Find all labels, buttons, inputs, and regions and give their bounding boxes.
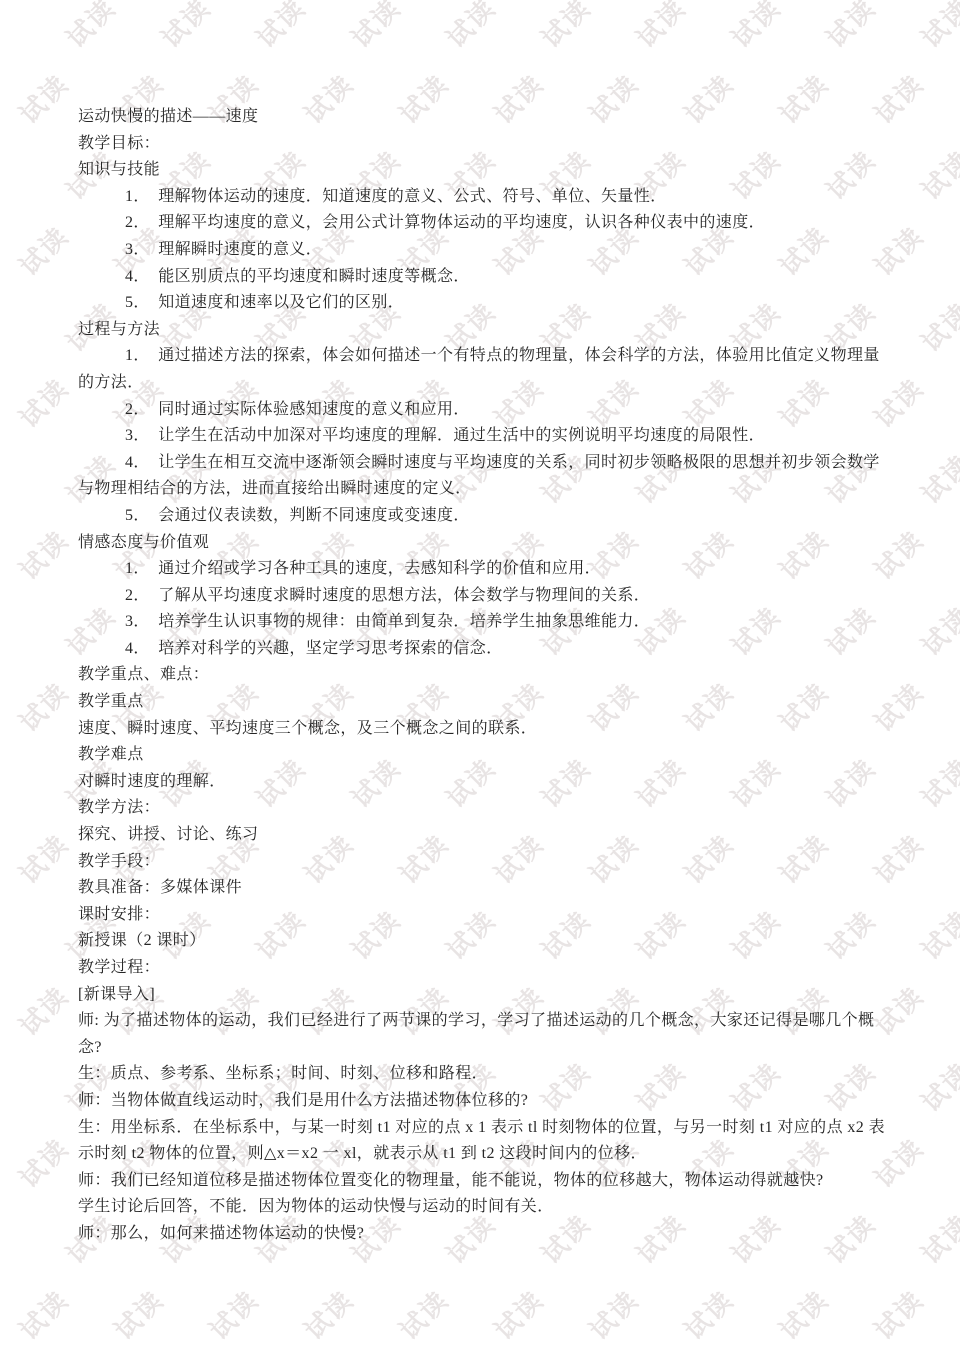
watermark-text: 试读 [532,0,598,55]
watermark-text: 试读 [485,1281,551,1347]
watermark-text: 试读 [912,141,960,207]
doc-paragraph: 1． 通过介绍或学习各种工具的速度，去感知科学的价值和应用． [78,556,896,583]
doc-paragraph: 探究、讲授、讨论、练习 [78,822,896,849]
doc-paragraph: 师：我们已经知道位移是描述物体位置变化的物理量，能不能说，物体的位移越大，物体运… [78,1168,896,1195]
document-page: 试读试读试读试读试读试读试读试读试读试读试读试读试读试读试读试读试读试读试读试读… [0,0,960,1357]
watermark-text: 试读 [10,217,76,283]
doc-paragraph: 教具准备：多媒体课件 [78,875,896,902]
watermark-text: 试读 [865,1281,931,1347]
doc-paragraph: 生：用坐标系．在坐标系中，与某一时刻 t1 对应的点 x 1 表示 tl 时刻物… [78,1115,896,1168]
watermark-text: 试读 [627,0,693,55]
watermark-text: 试读 [10,521,76,587]
doc-paragraph: 2． 理解平均速度的意义，会用公式计算物体运动的平均速度，认识各种仪表中的速度． [78,210,896,237]
doc-paragraph: 师：当物体做直线运动时，我们是用什么方法描述物体位移的? [78,1088,896,1115]
watermark-text: 试读 [580,1281,646,1347]
watermark-text: 试读 [200,1281,266,1347]
watermark-text: 试读 [675,1281,741,1347]
watermark-text: 试读 [247,0,313,55]
doc-paragraph: 3． 培养学生认识事物的规律：由简单到复杂．培养学生抽象思维能力． [78,609,896,636]
watermark-text: 试读 [295,1281,361,1347]
doc-paragraph: 1． 理解物体运动的速度．知道速度的意义、公式、符号、单位、矢量性． [78,184,896,211]
watermark-text: 试读 [912,597,960,663]
watermark-text: 试读 [722,0,788,55]
watermark-text: 试读 [770,1281,836,1347]
watermark-text: 试读 [912,0,960,55]
doc-paragraph: 生：质点、参考系、坐标系；时间、时刻、位移和路程． [78,1061,896,1088]
doc-paragraph: 4． 能区别质点的平均速度和瞬时速度等概念． [78,264,896,291]
doc-paragraph: 3． 让学生在活动中加深对平均速度的理解．通过生活中的实例说明平均速度的局限性． [78,423,896,450]
watermark-text: 试读 [57,0,123,55]
doc-paragraph: 1． 通过描述方法的探索，体会如何描述一个有特点的物理量，体会科学的方法，体验用… [78,343,896,396]
doc-paragraph: 师：那么，如何来描述物体运动的快慢? [78,1221,896,1248]
doc-paragraph: 5． 知道速度和速率以及它们的区别． [78,290,896,317]
watermark-text: 试读 [105,1281,171,1347]
watermark-text: 试读 [912,749,960,815]
watermark-text: 试读 [912,901,960,967]
watermark-text: 试读 [10,1129,76,1195]
watermark-text: 试读 [10,65,76,131]
doc-paragraph: 师: 为了描述物体的运动，我们已经进行了两节课的学习，学习了描述运动的几个概念，… [78,1008,896,1061]
doc-paragraph: 课时安排： [78,902,896,929]
doc-paragraph: 过程与方法 [78,317,896,344]
watermark-text: 试读 [912,445,960,511]
watermark-text: 试读 [912,1053,960,1119]
doc-paragraph: 速度、瞬时速度、平均速度三个概念，及三个概念之间的联系． [78,716,896,743]
watermark-text: 试读 [10,369,76,435]
doc-paragraph: 教学手段： [78,849,896,876]
doc-paragraph: 对瞬时速度的理解． [78,769,896,796]
doc-paragraph: 2． 同时通过实际体验感知速度的意义和应用． [78,397,896,424]
doc-paragraph: 新授课（2 课时） [78,928,896,955]
watermark-text: 试读 [912,1205,960,1271]
document-body: 运动快慢的描述——速度教学目标：知识与技能1． 理解物体运动的速度．知道速度的意… [78,104,896,1248]
doc-paragraph: 4． 让学生在相互交流中逐渐领会瞬时速度与平均速度的关系，同时初步领略极限的思想… [78,450,896,503]
doc-title: 运动快慢的描述——速度 [78,104,896,131]
watermark-text: 试读 [342,0,408,55]
doc-paragraph: 2． 了解从平均速度求瞬时速度的思想方法，体会数学与物理间的关系． [78,583,896,610]
doc-paragraph: 3． 理解瞬时速度的意义． [78,237,896,264]
watermark-text: 试读 [390,1281,456,1347]
watermark-text: 试读 [817,0,883,55]
doc-paragraph: 教学方法： [78,795,896,822]
watermark-text: 试读 [10,673,76,739]
watermark-text: 试读 [152,0,218,55]
doc-paragraph: 4． 培养对科学的兴趣，坚定学习思考探索的信念． [78,636,896,663]
doc-paragraph: 知识与技能 [78,157,896,184]
watermark-text: 试读 [437,0,503,55]
doc-paragraph: 5． 会通过仪表读数，判断不同速度或变速度． [78,503,896,530]
doc-paragraph: 教学重点、难点： [78,662,896,689]
watermark-text: 试读 [10,977,76,1043]
watermark-text: 试读 [912,293,960,359]
doc-paragraph: 教学重点 [78,689,896,716]
watermark-text: 试读 [10,1281,76,1347]
doc-paragraph: [新课导入] [78,982,896,1009]
doc-paragraph: 情感态度与价值观 [78,530,896,557]
doc-paragraph: 教学目标： [78,131,896,158]
watermark-text: 试读 [10,825,76,891]
doc-paragraph: 教学难点 [78,742,896,769]
doc-paragraph: 学生讨论后回答，不能．因为物体的运动快慢与运动的时间有关． [78,1194,896,1221]
doc-paragraph: 教学过程： [78,955,896,982]
